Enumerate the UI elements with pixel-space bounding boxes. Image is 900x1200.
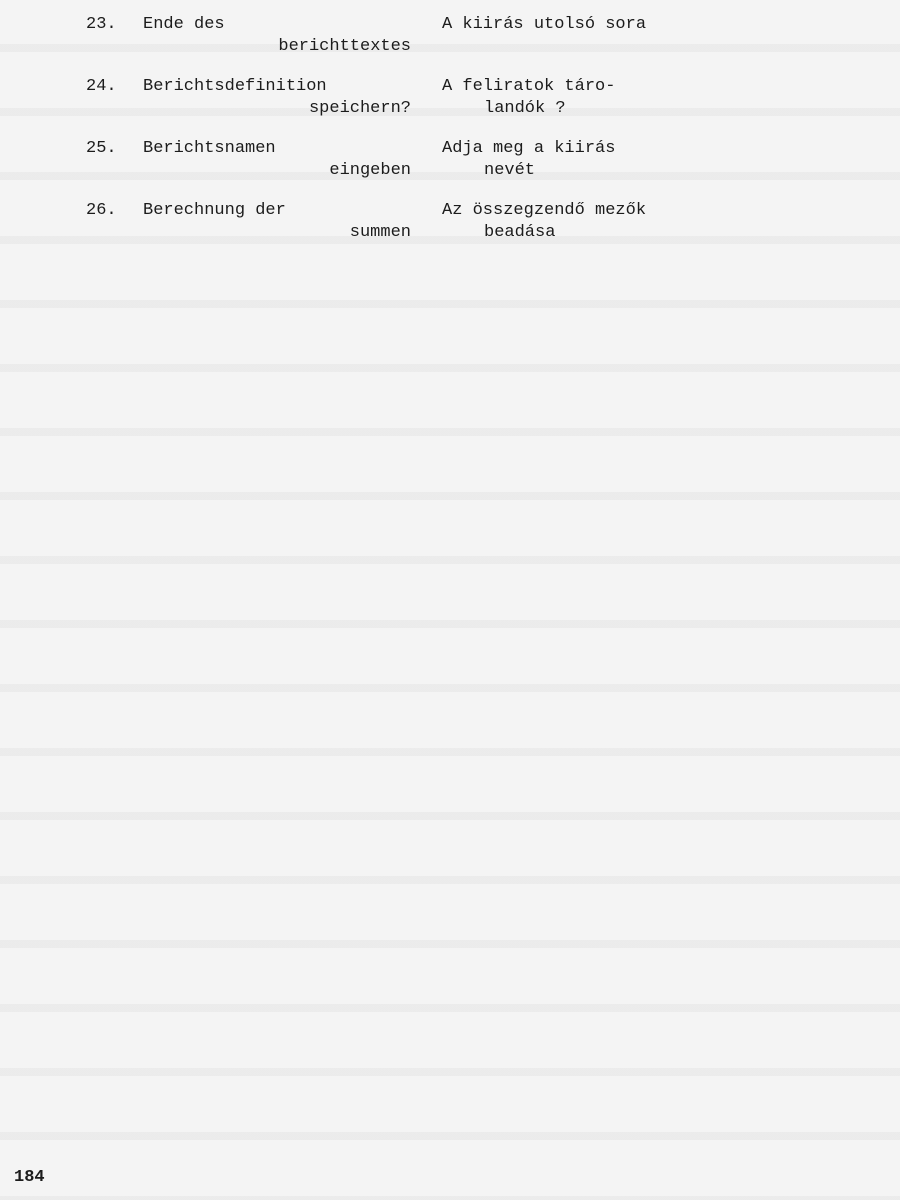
page-number: 184 [14, 1168, 45, 1187]
german-term-line2: berichttextes [278, 36, 411, 58]
entry-number: 23. [86, 14, 117, 36]
hungarian-term-line1: A kiirás utolsó sora [442, 14, 646, 36]
hungarian-term-line2: landók ? [484, 98, 566, 120]
german-term-line2: speichern? [309, 98, 411, 120]
german-term-line1: Berechnung der [143, 200, 286, 222]
hungarian-term-line1: Adja meg a kiirás [442, 138, 615, 160]
german-term-line2: eingeben [329, 160, 411, 182]
entry-number: 26. [86, 200, 117, 222]
german-term-line1: Berichtsnamen [143, 138, 276, 160]
document-page: 23. Ende des berichttextes A kiirás utol… [0, 0, 900, 1200]
german-term-line1: Berichtsdefinition [143, 76, 327, 98]
bleed-through-texture [0, 0, 900, 1200]
hungarian-term-line2: beadása [484, 222, 555, 244]
entry-number: 24. [86, 76, 117, 98]
german-term-line2: summen [350, 222, 411, 244]
hungarian-term-line1: A feliratok táro- [442, 76, 615, 98]
entry-number: 25. [86, 138, 117, 160]
german-term-line1: Ende des [143, 14, 225, 36]
hungarian-term-line1: Az összegzendő mezők [442, 200, 646, 222]
hungarian-term-line2: nevét [484, 160, 535, 182]
